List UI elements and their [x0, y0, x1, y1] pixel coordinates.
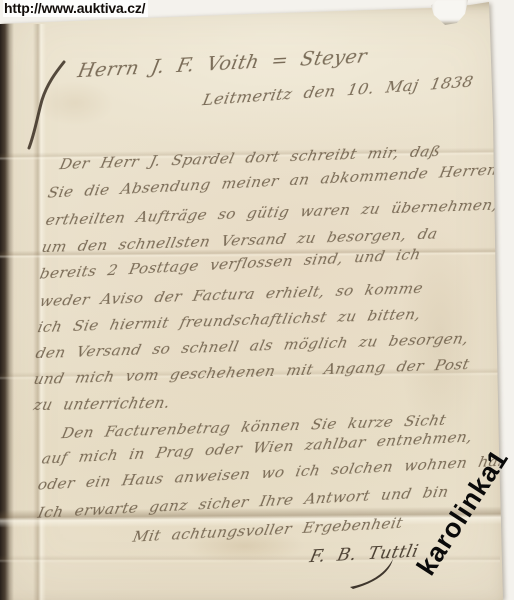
scanned-letter-photo: Herrn J. F. Voith = Steyer Leitmeritz de… — [0, 0, 514, 600]
handwritten-line: ich Sie hiermit freundschaftlichst zu bi… — [36, 305, 423, 336]
url-watermark: http://www.auktiva.cz/ — [3, 0, 148, 17]
handwritten-recipient-line: Herrn J. F. Voith = Steyer — [76, 45, 369, 82]
handwritten-signature: F. B. Tuttli — [308, 541, 421, 567]
handwritten-line: zu unterrichten. — [32, 394, 172, 414]
paper-sheet: Herrn J. F. Voith = Steyer Leitmeritz de… — [0, 0, 514, 600]
handwritten-dateline: Leitmeritz den 10. Maj 1838 — [201, 71, 475, 109]
handwritten-line: weder Aviso der Factura erhielt, so komm… — [38, 279, 425, 310]
paper-stain — [35, 80, 115, 126]
letter-paper: Herrn J. F. Voith = Steyer Leitmeritz de… — [0, 0, 514, 600]
